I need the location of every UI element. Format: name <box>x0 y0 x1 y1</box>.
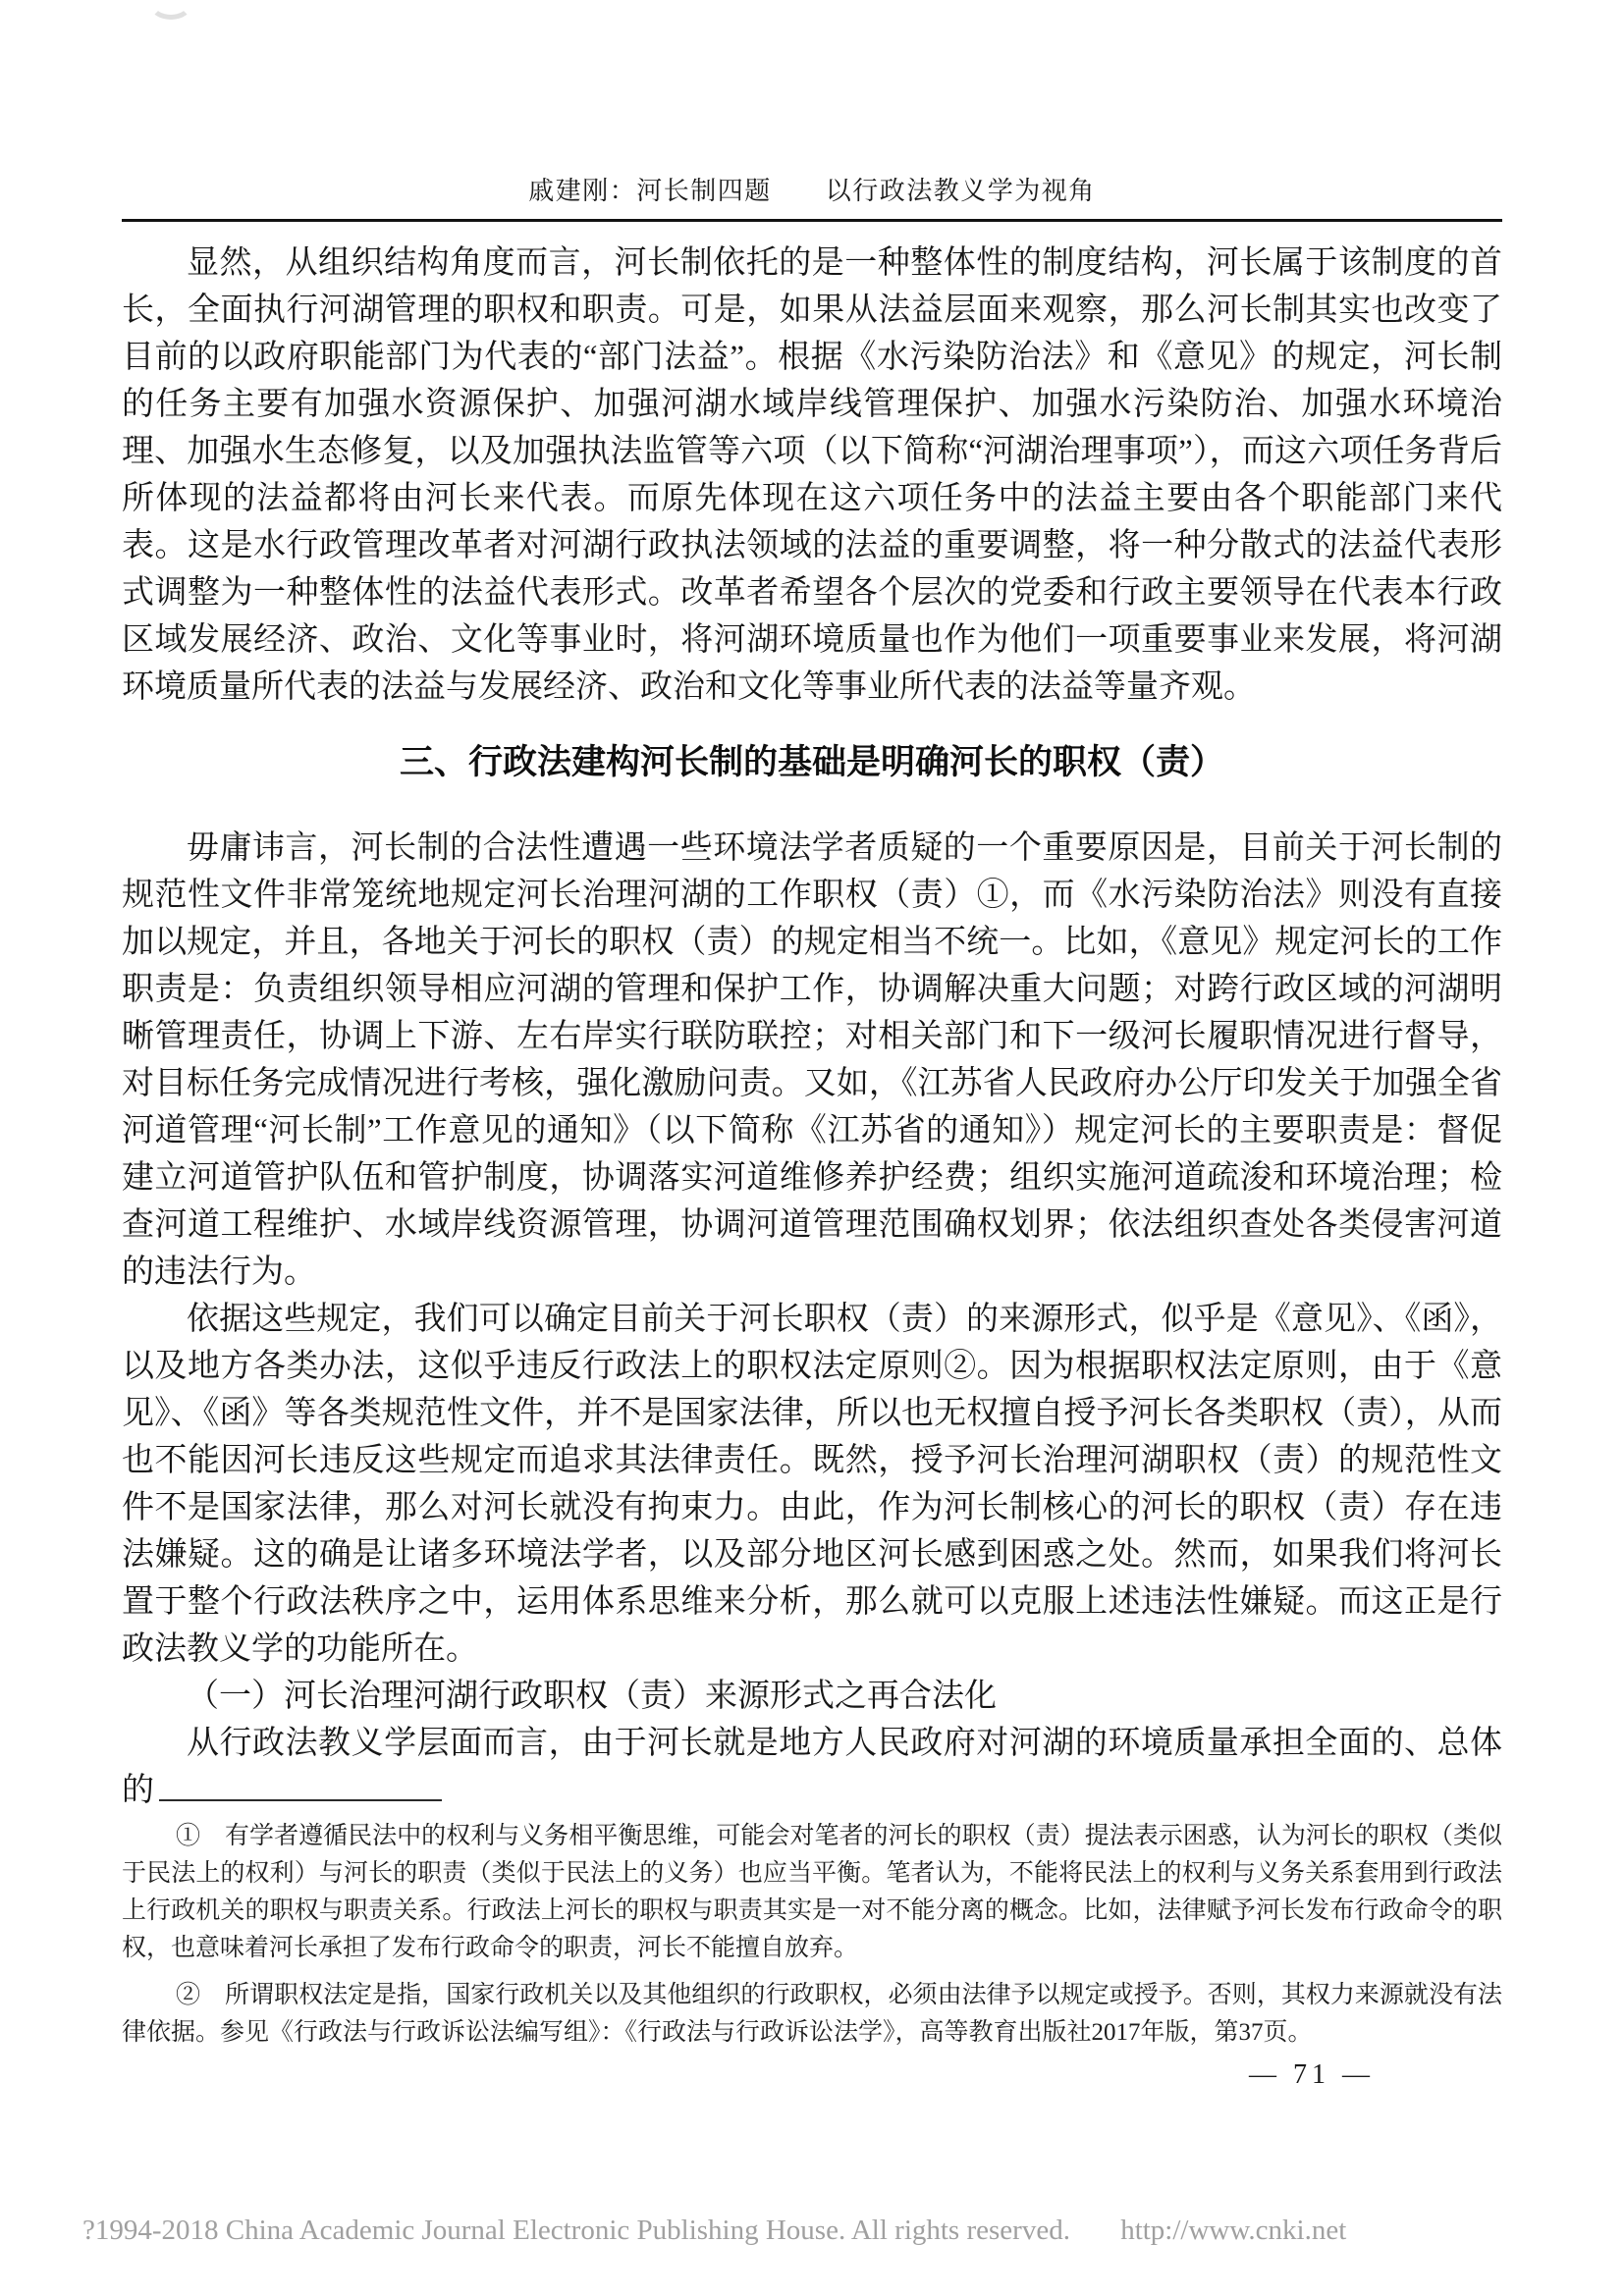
header-rule <box>122 219 1502 222</box>
footer-copyright: ?1994-2018 China Academic Journal Electr… <box>82 2215 1070 2246</box>
subsection-heading: （一）河长治理河湖行政职权（责）来源形式之再合法化 <box>122 1673 1502 1720</box>
page-number: — 71 — <box>1249 2059 1375 2091</box>
paragraph-intro: 显然，从组织结构角度而言，河长制依托的是一种整体性的制度结构，河长属于该制度的首… <box>122 240 1502 711</box>
footnote-divider <box>159 1799 442 1801</box>
paragraph-section-2: 依据这些规定，我们可以确定目前关于河长职权（责）的来源形式，似乎是《意见》、《函… <box>122 1296 1502 1673</box>
document-page: 戚建刚：河长制四题 以行政法教义学为视角 显然，从组织结构角度而言，河长制依托的… <box>0 0 1624 2296</box>
footnotes: ① 有学者遵循民法中的权利与义务相平衡思维，可能会对笔者的河长的职权（责）提法表… <box>122 1818 1502 2052</box>
footer-url: http://www.cnki.net <box>1120 2215 1346 2246</box>
scan-artifact <box>149 0 192 20</box>
article-body: 显然，从组织结构角度而言，河长制依托的是一种整体性的制度结构，河长属于该制度的首… <box>122 240 1502 1814</box>
paragraph-section-1: 毋庸讳言，河长制的合法性遭遇一些环境法学者质疑的一个重要原因是，目前关于河长制的… <box>122 825 1502 1296</box>
running-header: 戚建刚：河长制四题 以行政法教义学为视角 <box>0 171 1624 207</box>
scan-footer: ?1994-2018 China Academic Journal Electr… <box>82 2215 1555 2247</box>
section-heading: 三、行政法建构河长制的基础是明确河长的职权（责） <box>122 740 1502 785</box>
footnote-2: ② 所谓职权法定是指，国家行政机关以及其他组织的行政职权，必须由法律予以规定或授… <box>122 1977 1502 2052</box>
footnote-1: ① 有学者遵循民法中的权利与义务相平衡思维，可能会对笔者的河长的职权（责）提法表… <box>122 1818 1502 1967</box>
